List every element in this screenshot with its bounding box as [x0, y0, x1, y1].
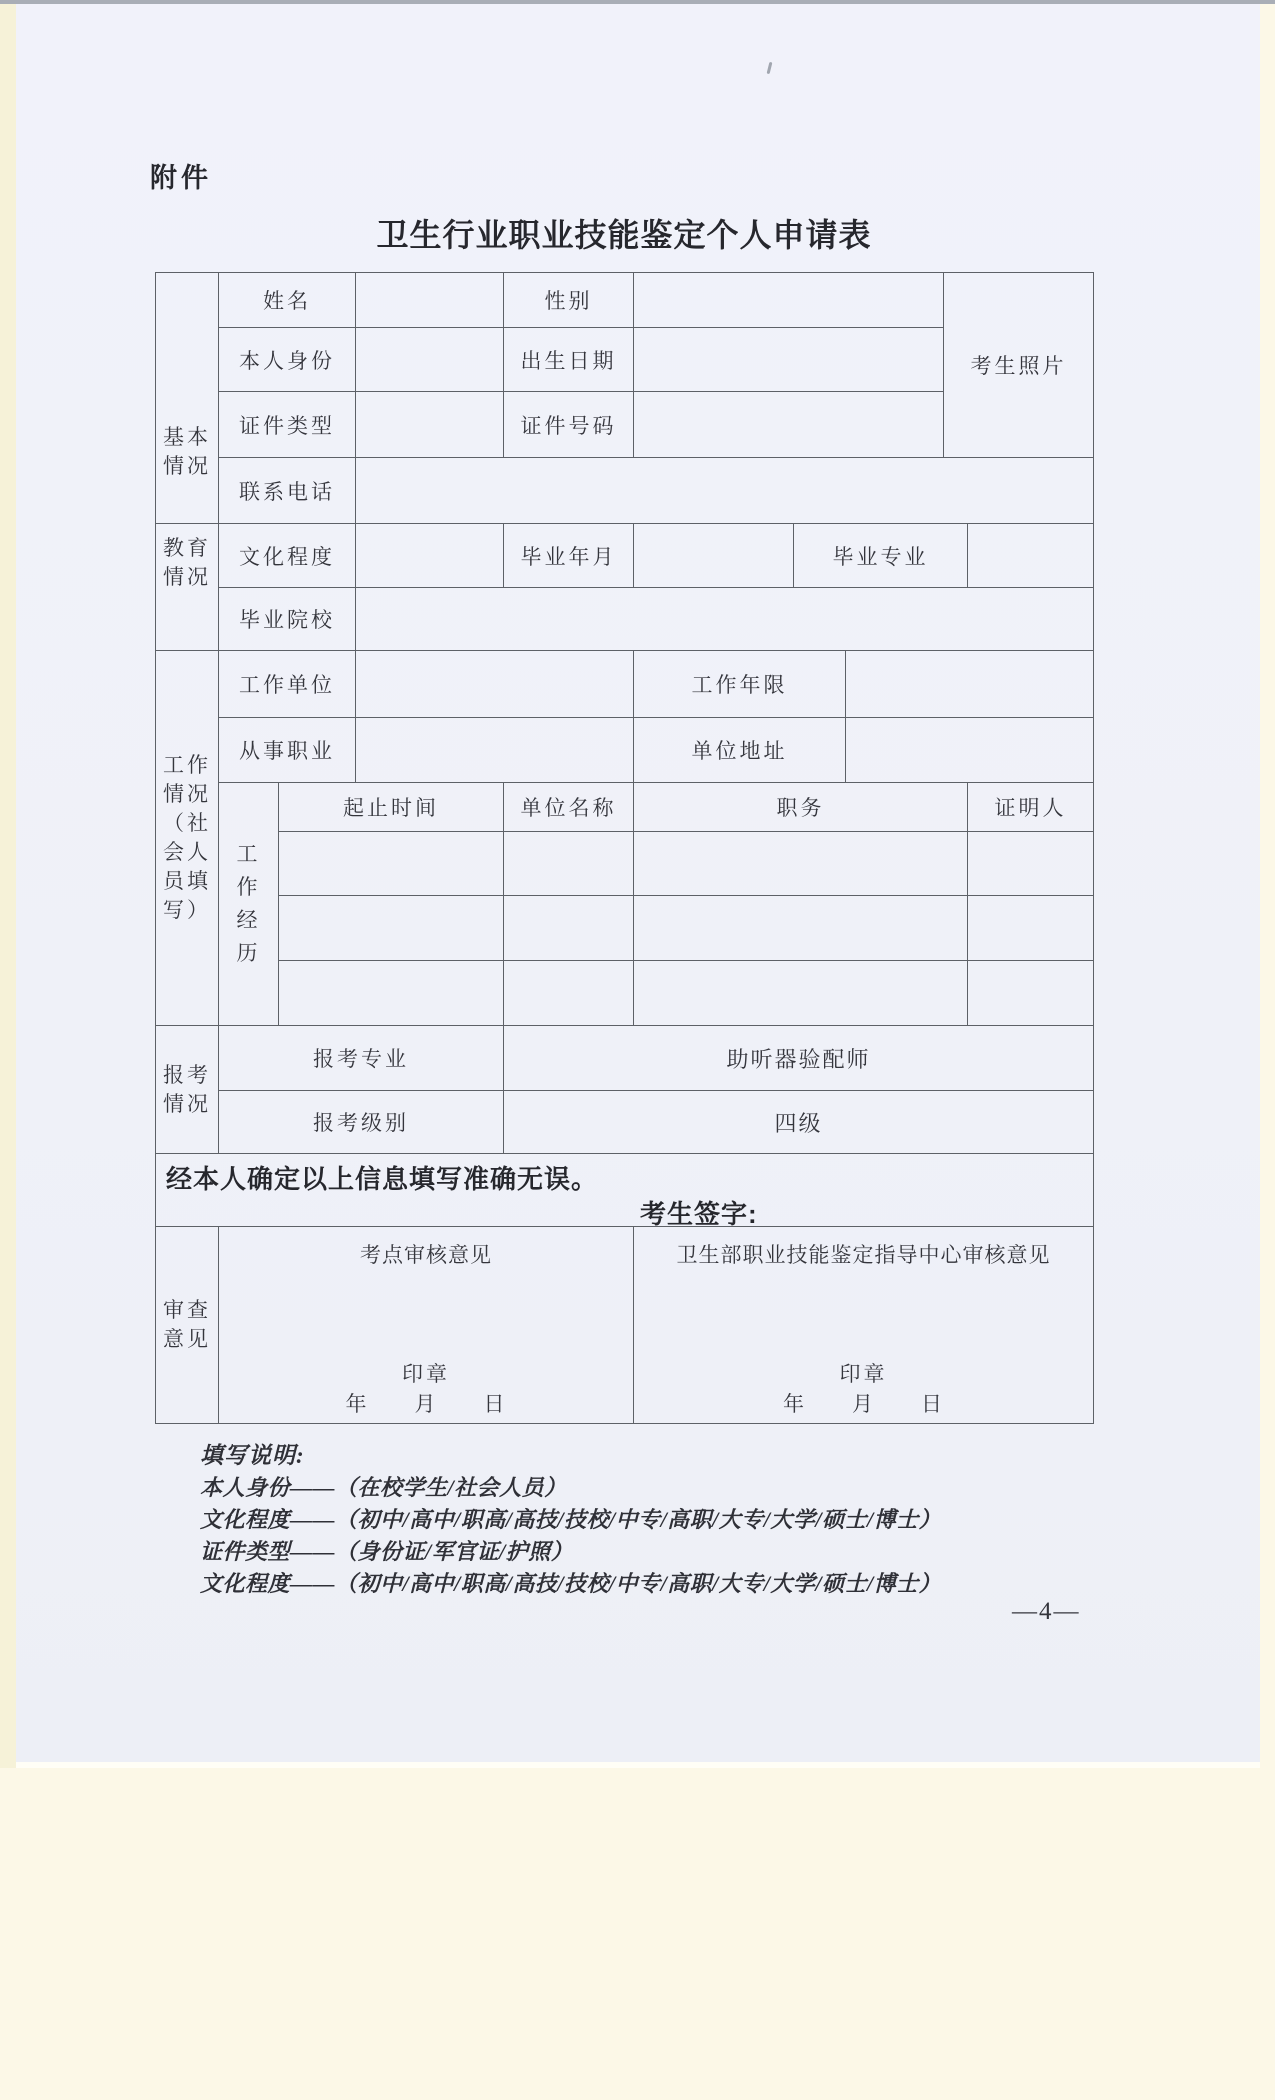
center-date-line: 年 月 日: [783, 1392, 944, 1416]
id-number-value-cell: [634, 392, 944, 458]
section-basic-info: 基本 情况: [156, 273, 219, 524]
center-seal-block: 印章 年 月 日: [783, 1360, 944, 1423]
apply-major-label-cell: 报考专业: [219, 1026, 504, 1091]
work-years-label-cell: 工作年限: [634, 651, 846, 718]
confirmation-row: 经本人确定以上信息填写准确无误。 考生签字:: [156, 1154, 1094, 1227]
section-work: 工作 情况 （社 会人 员填 写）: [156, 651, 219, 1026]
attachment-label: 附件: [150, 156, 212, 195]
work-years-value-cell: [846, 651, 1094, 718]
center-review-header: 卫生部职业技能鉴定指导中心审核意见: [677, 1227, 1051, 1269]
exp-row3-reference-cell: [968, 961, 1094, 1026]
confirmation-statement: 经本人确定以上信息填写准确无误。: [166, 1159, 598, 1196]
exp-row1-company-cell: [504, 832, 634, 896]
application-form-table: 基本 情况 姓名 性别 考生照片 本人身份 出生日期 证件类型 证件号码 联系电…: [155, 272, 1094, 1424]
candidate-signature-label: 考生签字:: [640, 1194, 758, 1231]
exp-row2-company-cell: [504, 896, 634, 961]
identity-value-cell: [356, 328, 504, 392]
unit-address-label-cell: 单位地址: [634, 718, 846, 783]
section-apply: 报考 情况: [156, 1026, 219, 1154]
id-type-label-cell: 证件类型: [219, 392, 356, 458]
identity-label-cell: 本人身份: [219, 328, 356, 392]
apply-level-value: 四级: [774, 1107, 822, 1138]
education-level-label-cell: 文化程度: [219, 524, 356, 588]
birth-date-label-cell: 出生日期: [504, 328, 634, 392]
grad-date-label-cell: 毕业年月: [504, 524, 634, 588]
phone-value-cell: [356, 458, 1094, 524]
grad-major-label-cell: 毕业专业: [794, 524, 968, 588]
note-education-level: 文化程度——（初中/高中/职高/高技/技校/中专/高职/大专/大学/硕士/博士）: [200, 1504, 1100, 1536]
gender-value-cell: [634, 273, 944, 328]
page-number: —4—: [1012, 1598, 1081, 1626]
education-level-value-cell: [356, 524, 504, 588]
id-number-label-cell: 证件号码: [504, 392, 634, 458]
school-value-cell: [356, 588, 1094, 651]
employer-label-cell: 工作单位: [219, 651, 356, 718]
exp-row3-position-cell: [634, 961, 968, 1026]
occupation-value-cell: [356, 718, 634, 783]
note-id-type: 证件类型——（身份证/军官证/护照）: [200, 1536, 1100, 1568]
phone-label-cell: 联系电话: [219, 458, 356, 524]
exp-reference-header-cell: 证明人: [968, 783, 1094, 832]
form-title: 卫生行业职业技能鉴定个人申请表: [155, 210, 1093, 256]
section-education-label: 教育 情况: [163, 534, 211, 592]
exp-position-header-cell: 职务: [634, 783, 968, 832]
site-date-line: 年 月 日: [346, 1392, 507, 1416]
exp-row3-period-cell: [279, 961, 504, 1026]
exp-row2-reference-cell: [968, 896, 1094, 961]
exp-row1-position-cell: [634, 832, 968, 896]
site-review-cell: 考点审核意见 印章 年 月 日: [219, 1227, 634, 1424]
exp-row3-company-cell: [504, 961, 634, 1026]
section-basic-info-label: 基本 情况: [163, 423, 211, 481]
gender-label-cell: 性别: [504, 273, 634, 328]
center-seal-label: 印章: [840, 1362, 888, 1386]
grad-date-value-cell: [634, 524, 794, 588]
filling-instructions: 填写说明: 本人身份——（在校学生/社会人员） 文化程度——（初中/高中/职高/…: [200, 1440, 1100, 1600]
birth-date-value-cell: [634, 328, 944, 392]
section-review-label: 审查 意见: [163, 1296, 211, 1354]
school-label-cell: 毕业院校: [219, 588, 356, 651]
site-review-header: 考点审核意见: [360, 1227, 492, 1269]
photo-cell: 考生照片: [944, 273, 1094, 458]
exp-period-header-cell: 起止时间: [279, 783, 504, 832]
exp-row1-period-cell: [279, 832, 504, 896]
id-type-value-cell: [356, 392, 504, 458]
note-identity: 本人身份——（在校学生/社会人员）: [200, 1472, 1100, 1504]
section-review: 审查 意见: [156, 1227, 219, 1424]
center-review-cell: 卫生部职业技能鉴定指导中心审核意见 印章 年 月 日: [634, 1227, 1094, 1424]
grad-major-value-cell: [968, 524, 1094, 588]
section-education: 教育 情况: [156, 524, 219, 651]
apply-major-value: 助听器验配师: [726, 1043, 870, 1074]
section-apply-label: 报考 情况: [163, 1061, 211, 1119]
exp-row2-position-cell: [634, 896, 968, 961]
occupation-label-cell: 从事职业: [219, 718, 356, 783]
exp-row2-period-cell: [279, 896, 504, 961]
scan-left-strip: [0, 4, 16, 1768]
work-experience-label-cell: 工 作 经 历: [219, 783, 279, 1026]
name-value-cell: [356, 273, 504, 328]
apply-level-value-cell: 四级: [504, 1091, 1094, 1154]
exp-company-header-cell: 单位名称: [504, 783, 634, 832]
site-seal-block: 印章 年 月 日: [346, 1360, 507, 1423]
employer-value-cell: [356, 651, 634, 718]
notes-heading: 填写说明:: [200, 1440, 1100, 1472]
name-label-cell: 姓名: [219, 273, 356, 328]
apply-level-label-cell: 报考级别: [219, 1091, 504, 1154]
section-work-label: 工作 情况 （社 会人 员填 写）: [163, 751, 211, 925]
exp-row1-reference-cell: [968, 832, 1094, 896]
site-seal-label: 印章: [402, 1362, 450, 1386]
note-education-level-2: 文化程度——（初中/高中/职高/高技/技校/中专/高职/大专/大学/硕士/博士）: [200, 1568, 1100, 1600]
apply-major-value-cell: 助听器验配师: [504, 1026, 1094, 1091]
unit-address-value-cell: [846, 718, 1094, 783]
